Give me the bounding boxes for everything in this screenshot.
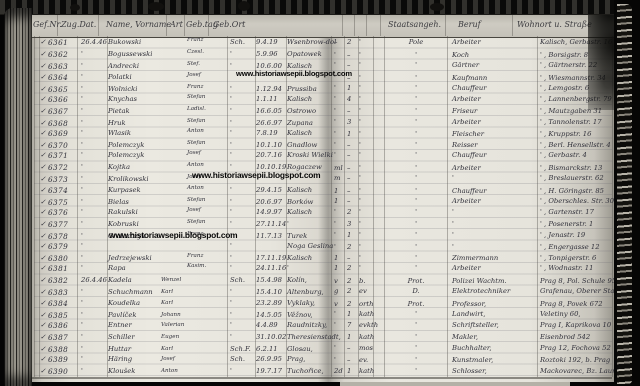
checkmark: ✓ (40, 354, 46, 365)
religion-col: ' (359, 50, 361, 61)
gef-nr: 6390 (48, 366, 68, 377)
geb-tag: 19.7.17 (256, 366, 282, 377)
mark-col-2: 7 (347, 320, 351, 331)
checkmark: ✓ (40, 207, 46, 218)
religion-col: orth (359, 299, 373, 310)
art: Sch. (230, 37, 245, 48)
religion-col: ' (359, 163, 361, 174)
beruf: Friseur (452, 106, 477, 117)
art: ' (230, 263, 232, 274)
checkmark: ✓ (40, 219, 46, 230)
gef-nr: 6386 (48, 320, 68, 331)
binding-mark (238, 1, 250, 11)
column-line (445, 14, 446, 36)
binding-mark (430, 3, 444, 11)
mark-col-2: – (347, 163, 350, 174)
geb-ort: Kolín, (287, 275, 307, 286)
surname: Häring (108, 354, 132, 365)
register-row: ✓6367'PietakLadisl.'16.6.05Ostrowo (37, 106, 329, 117)
checkmark: ✓ (40, 106, 46, 117)
checkmark: ✓ (40, 128, 46, 139)
beruf: Zimmermann (452, 253, 498, 264)
right-page-stack-edge (617, 4, 632, 384)
register-row: '1''Chauffeur' , Lemgostr. 6 (330, 83, 616, 94)
beruf: Landwirt, (452, 309, 485, 320)
register-row: ✓6376'RakulskiJosef'14.9.97Kalisch (37, 207, 329, 218)
vorname: Anton (187, 183, 204, 194)
beruf: ' (452, 219, 454, 230)
geb-tag: 14.9.97 (256, 207, 282, 218)
religion-col: ev. (359, 355, 368, 366)
vorname: Wenzel (161, 275, 181, 286)
beruf: Kunstmaler, (452, 355, 493, 366)
staatsangeh: ' (384, 73, 448, 84)
surname: Bogussewski (108, 49, 152, 60)
religion-col: ' (359, 60, 361, 71)
beruf: Professor, (452, 299, 486, 310)
bottom-page-edge (340, 382, 570, 386)
staatsangeh: ' (384, 186, 448, 197)
watermark-text: www.historiawsepii.blogspot.com (192, 170, 320, 180)
header-wohnort: Wohnort u. Straße (517, 20, 592, 29)
register-row: '–mos'Buchhalter,Prag 12, Fochova 52 (330, 343, 616, 354)
header-art: Art (170, 20, 183, 29)
checkmark: ✓ (40, 185, 46, 196)
beruf: Chauffeur (452, 186, 486, 197)
register-row: ✓6371'PolemczykJosef'20.7.16Kroski Wielk… (37, 150, 329, 161)
column-line (98, 14, 99, 36)
register-row: 1–''Chauffeur' , H. Göringstr. 85 (330, 186, 616, 197)
staatsangeh: ' (384, 106, 448, 117)
staatsangeh: ' (384, 253, 448, 264)
register-row: v2b.Prot.Polizei Wachtm.Prag 8, Pol. Sch… (330, 276, 616, 287)
staatsangeh: ' (384, 150, 448, 161)
religion-col: b. (359, 276, 366, 287)
surname: Rakulski (108, 207, 138, 218)
geb-ort: Prag, (287, 354, 305, 365)
staatsangeh: ' (384, 219, 448, 230)
staatsangeh: ' (384, 140, 448, 151)
register-row: '3''Arbeiter' , Tannolenstr. 17 (330, 117, 616, 128)
mark-col-1: ' (334, 140, 336, 151)
mark-col-2: 2 (347, 299, 351, 310)
wohnort: ' , Berl. Hensellstr. 4 (540, 140, 611, 151)
gef-nr: 6381 (48, 263, 68, 274)
surname: Entner (108, 320, 132, 331)
right-page-rows: –2'PoleArbeiterKalisch, Gerbastr. 16'–''… (330, 38, 616, 380)
religion-col: kath (359, 309, 374, 320)
art: ' (230, 219, 232, 230)
register-row: ✓6374'KurpasekAnton'29.4.15Kalisch (37, 185, 329, 196)
gef-nr: 6362 (48, 49, 68, 60)
register-row: '–''Kaufmann' , Wiesmannstr. 34 (330, 73, 616, 84)
gef-nr: 6387 (48, 332, 68, 343)
surname: Knychas (108, 94, 137, 105)
mark-col-1: ' (334, 94, 336, 105)
beruf: ' (452, 173, 454, 184)
religion-col: ' (359, 94, 361, 105)
mark-col-2: 2 (347, 207, 351, 218)
mark-col-1: v (334, 299, 338, 310)
mark-col-1: ' (334, 129, 336, 140)
wohnort: ' , Oberschles. Str. 30 (540, 196, 614, 207)
wohnort: Prag 8, Pol. Schule 952 (540, 276, 620, 287)
mark-col-2: 1 (347, 230, 351, 241)
religion-col: ' (359, 150, 361, 161)
vorname: Stefan (187, 92, 205, 103)
checkmark: ✓ (40, 298, 46, 309)
zug-dat: ' (81, 354, 83, 365)
register-row: 12''Arbeiter' , Wodnastr. 11 (330, 263, 616, 274)
register-row: v2orthProt.Professor,Prag 8, Povek 672 (330, 299, 616, 310)
register-row: 1–''Zimmermann' , Tonpigerstr. 6 (330, 253, 616, 264)
beruf: Arbeiter (452, 37, 481, 48)
gef-nr: 6367 (48, 106, 68, 117)
staatsangeh: ' (384, 129, 448, 140)
religion-col: ev (359, 286, 367, 297)
surname: Pietak (108, 106, 130, 117)
wohnort: ' , Tannolenstr. 17 (540, 117, 602, 128)
gef-nr: 6372 (48, 162, 68, 173)
mark-col-2: 3 (347, 117, 351, 128)
mark-col-2: 2 (347, 276, 351, 287)
religion-col: mos (359, 343, 373, 354)
surname: Polemczyk (108, 150, 144, 161)
geb-tag: 26.9.95 (256, 354, 282, 365)
geb-ort: Kalisch (287, 94, 312, 105)
mark-col-1: 1 (334, 186, 338, 197)
mark-col-2: 2 (347, 286, 351, 297)
geb-ort: Wsenbrow-dol (287, 37, 336, 48)
register-row: '7evkth'Schriftsteller,Prag I, Kaprikova… (330, 320, 616, 331)
art: ' (230, 49, 232, 60)
surname: Schiller (108, 332, 135, 343)
mark-col-1: – (334, 37, 337, 48)
mark-col-1: 1 (334, 263, 338, 274)
register-row: '3'''' , Posenerstr. 1 (330, 219, 616, 230)
register-row: '–''Koch' , Borsigstr. 8 (330, 50, 616, 61)
register-row: ✓6366'KnychasStefan'1.1.11Kalisch (37, 94, 329, 105)
mark-col-2: 1 (347, 366, 351, 377)
beruf: ' (452, 242, 454, 253)
vorname: Stefan (187, 217, 205, 228)
register-row: '1''Fleischer' , Kruppstr. 16 (330, 129, 616, 140)
mark-col-2: – (347, 253, 350, 264)
surname: Rapa (108, 263, 126, 274)
book-top-edge (0, 0, 640, 15)
wohnort: ' , Engergasse 12 (540, 242, 600, 253)
art: Sch. (230, 275, 245, 286)
religion-col: evkth (359, 320, 378, 331)
beruf: Schriftsteller, (452, 320, 499, 331)
zug-dat: ' (81, 207, 83, 218)
vorname: Czesl. (187, 47, 204, 58)
beruf: Koch (452, 50, 469, 61)
column-line (34, 36, 35, 377)
gef-nr: 6374 (48, 185, 68, 196)
mark-col-1: 1 (334, 253, 338, 264)
beruf: Arbeiter (452, 163, 481, 174)
vorname: Ladisl. (187, 104, 206, 115)
religion-col: ' (359, 219, 361, 230)
gef-nr: 6371 (48, 150, 68, 161)
mark-col-1: ' (334, 343, 336, 354)
religion-col: ' (359, 117, 361, 128)
staatsangeh: ' (384, 50, 448, 61)
register-row: 1–''Arbeiter' , Oberschles. Str. 30 (330, 196, 616, 207)
mark-col-2: – (347, 106, 350, 117)
gef-nr: 6361 (48, 37, 68, 48)
wohnort: ' , Bismarckstr. 13 (540, 163, 602, 174)
wohnort: Prag I, Kaprikova 10 (540, 320, 611, 331)
surname: Koudelka (108, 298, 140, 309)
mark-col-1: ' (334, 50, 336, 61)
gef-nr: 6369 (48, 128, 68, 139)
register-row: m–'''' , Breslauerstr. 62 (330, 173, 616, 184)
gef-nr: 6376 (48, 207, 68, 218)
mark-col-1: ' (334, 230, 336, 241)
vorname: Eugen (161, 332, 179, 343)
beruf: Makler, (452, 332, 478, 343)
beruf: Schlosser, (452, 366, 487, 377)
geb-ort: ' (287, 219, 289, 230)
register-row: '1kath'Makler,Eisenbrod 542 (330, 332, 616, 343)
staatsangeh: Prot. (384, 299, 448, 310)
beruf: Reisser (452, 140, 478, 151)
art: ' (230, 332, 232, 343)
register-row: ✓6390'KloušekAnton'19.7.17Tuchořice, (37, 366, 329, 377)
mark-col-2: – (347, 196, 350, 207)
gef-nr: 6384 (48, 298, 68, 309)
staatsangeh: ' (384, 320, 448, 331)
geb-tag: 24.11.16 (256, 263, 286, 274)
zug-dat: ' (81, 320, 83, 331)
header-zug-dat: Zug.Dat. (61, 20, 96, 29)
register-row: ✓638226.4.46KadelaWenzelSch.15.4.98Kolín… (37, 275, 329, 286)
staatsangeh: ' (384, 355, 448, 366)
watermark-text: www.historiawsepii.blogspot.com (236, 69, 352, 78)
gef-nr: 6377 (48, 219, 68, 230)
mark-col-2: – (347, 140, 350, 151)
wohnort: Mackovarec, Bz. Laun (540, 366, 617, 377)
column-line (380, 14, 381, 36)
mark-col-1: ' (334, 242, 336, 253)
surname: Kurpasek (108, 185, 141, 196)
column-line (366, 14, 367, 36)
register-row: '2'''' , Gartenstr. 17 (330, 207, 616, 218)
wohnort: ' , H. Göringstr. 85 (540, 186, 604, 197)
religion-col: kath (359, 332, 374, 343)
checkmark: ✓ (40, 37, 46, 48)
wohnort: ' , Posenerstr. 1 (540, 219, 593, 230)
zug-dat: 26.4.46 (81, 275, 107, 286)
religion-col: ' (359, 83, 361, 94)
register-row: g2evD.ElektrotechnikerGrafenau, Oberer S… (330, 286, 616, 297)
binding-mark (70, 4, 80, 11)
surname: Wlasik (108, 128, 131, 139)
art: Sch. (230, 354, 245, 365)
vorname: Josef (187, 70, 201, 81)
checkmark: ✓ (40, 72, 46, 83)
staatsangeh: ' (384, 242, 448, 253)
register-row: '4''Arbeiter' , Lannenbergstr. 79 (330, 94, 616, 105)
column-line (354, 14, 355, 36)
scanned-register-photo: Gef.Nr. Zug.Dat. Name, Vorname Art Geb.t… (0, 0, 640, 386)
column-line (342, 14, 343, 36)
staatsangeh: ' (384, 117, 448, 128)
art: ' (230, 94, 232, 105)
mark-col-1: ' (334, 219, 336, 230)
beruf: Arbeiter (452, 196, 481, 207)
art: ' (230, 298, 232, 309)
geb-ort: Tuchořice, (287, 366, 324, 377)
beruf: Polizei Wachtm. (452, 276, 507, 287)
religion-col: ' (359, 263, 361, 274)
mark-col-2: – (347, 186, 350, 197)
gef-nr: 6366 (48, 94, 68, 105)
checkmark: ✓ (40, 94, 46, 105)
religion-col: ' (359, 173, 361, 184)
staatsangeh: ' (384, 173, 448, 184)
surname: Kobruski (108, 219, 139, 230)
vorname: Kasim. (187, 261, 206, 272)
mark-col-1: ml (334, 163, 343, 174)
register-row: '1kath'Landwirt,Veletiny 60, (330, 309, 616, 320)
geb-ort: Noga Geslina (287, 241, 333, 252)
checkmark: ✓ (40, 150, 46, 161)
checkmark: ✓ (40, 332, 46, 343)
geb-tag: 15.4.98 (256, 275, 282, 286)
geb-tag: 31.10.02 (256, 332, 286, 343)
register-row: '1'''' , Jenastr. 19 (330, 230, 616, 241)
zug-dat: ' (81, 72, 83, 83)
gef-nr: 6364 (48, 72, 68, 83)
surname: Kojtka (108, 162, 130, 173)
geb-tag: 5.9.96 (256, 49, 278, 60)
binding-mark (148, 2, 164, 11)
header-staatsangeh: Staatsangeh. (388, 20, 441, 29)
gef-nr: 6382 (48, 275, 68, 286)
register-row: '2'''' , Engergasse 12 (330, 242, 616, 253)
geb-ort: Kalisch (287, 185, 312, 196)
register-row: ✓636126.4.46BukowskiFranzSch.9.4.19Wsenb… (37, 37, 329, 48)
geb-ort: Ostrowo (287, 106, 316, 117)
geb-ort: ' (287, 263, 289, 274)
religion-col: ' (359, 186, 361, 197)
header-name: Name, Vorname (106, 20, 171, 29)
register-row: ✓6379''Noga Geslina (37, 241, 329, 252)
mark-col-2: – (347, 355, 350, 366)
staatsangeh: ' (384, 309, 448, 320)
staatsangeh: ' (384, 263, 448, 274)
geb-tag: 16.6.05 (256, 106, 282, 117)
vorname: Karl (161, 298, 173, 309)
religion-col: kath (359, 366, 374, 377)
religion-col: ' (359, 106, 361, 117)
geb-tag: 23.2.89 (256, 298, 282, 309)
mark-col-1: 2d (334, 366, 343, 377)
wohnort: ' , Tonpigerstr. 6 (540, 253, 596, 264)
beruf: Chauffeur (452, 83, 486, 94)
surname: Bukowski (108, 37, 141, 48)
beruf: Chauffeur (452, 150, 486, 161)
wohnort: ' , Breslauerstr. 62 (540, 173, 604, 184)
wohnort: Eisenbrod 542 (540, 332, 590, 343)
mark-col-1: ' (334, 320, 336, 331)
vorname: Anton (161, 366, 178, 377)
mark-col-2: 2 (347, 37, 351, 48)
checkmark: ✓ (40, 275, 46, 286)
register-row: '–''Friseur' , Mautzgaben 31 (330, 106, 616, 117)
art: ' (230, 150, 232, 161)
header-gef-nr: Gef.Nr. (33, 20, 62, 29)
mark-col-1: v (334, 276, 338, 287)
wohnort: ' , Gartenstr. 17 (540, 207, 594, 218)
column-line (512, 14, 513, 36)
register-row: ✓6369'WlasikAnton'7.8.19Kalisch (37, 128, 329, 139)
mark-col-2: 2 (347, 263, 351, 274)
surname: Kloušek (108, 366, 135, 377)
gef-nr: 6379 (48, 241, 68, 252)
surname: Kadela (108, 275, 132, 286)
art: ' (230, 366, 232, 377)
beruf: ' (452, 230, 454, 241)
left-page-rows: ✓636126.4.46BukowskiFranzSch.9.4.19Wsenb… (37, 38, 329, 380)
wohnort: ' , Kruppstr. 16 (540, 129, 591, 140)
checkmark: ✓ (40, 49, 46, 60)
religion-col: ' (359, 207, 361, 218)
register-row: '–''Gärtner' , Gärtnerstr. 22 (330, 60, 616, 71)
mark-col-2: – (347, 50, 350, 61)
register-row: '–''Chauffeur' , Gerbastr. 4 (330, 150, 616, 161)
geb-tag: 7.8.19 (256, 128, 278, 139)
staatsangeh: ' (384, 196, 448, 207)
beruf: Elektrotechniker (452, 286, 510, 297)
beruf: ' (452, 207, 454, 218)
checkmark: ✓ (40, 241, 46, 252)
geb-tag: 29.4.15 (256, 185, 282, 196)
wohnort: Prag 8, Povek 672 (540, 299, 603, 310)
wohnort: Veletiny 60, (540, 309, 581, 320)
staatsangeh: ' (384, 94, 448, 105)
register-row: ✓6381'RapaKasim.'24.11.16' (37, 263, 329, 274)
art: ' (230, 241, 232, 252)
beruf: Arbeiter (452, 263, 481, 274)
geb-ort: Kalisch (287, 128, 312, 139)
mark-col-1: ' (334, 117, 336, 128)
zug-dat: ' (81, 94, 83, 105)
checkmark: ✓ (40, 320, 46, 331)
religion-col: ' (359, 140, 361, 151)
religion-col: ' (359, 73, 361, 84)
beruf: Gärtner (452, 60, 479, 71)
zug-dat: ' (81, 106, 83, 117)
staatsangeh: D. (384, 286, 448, 297)
register-row: ml–''Arbeiter' , Bismarckstr. 13 (330, 163, 616, 174)
staatsangeh: ' (384, 332, 448, 343)
register-row: ✓6377'KobruskiStefan'27.11.14' (37, 219, 329, 230)
zug-dat: 26.4.46 (81, 37, 107, 48)
vorname: Anton (187, 126, 204, 137)
zug-dat: ' (81, 162, 83, 173)
left-page-stack-edge (4, 8, 32, 386)
mark-col-2: – (347, 343, 350, 354)
mark-col-1: m (334, 173, 340, 184)
vorname: Josef (187, 205, 201, 216)
column-line (184, 14, 185, 36)
wohnort: ' , Wodnastr. 11 (540, 263, 593, 274)
geb-tag: 1.1.11 (256, 94, 278, 105)
